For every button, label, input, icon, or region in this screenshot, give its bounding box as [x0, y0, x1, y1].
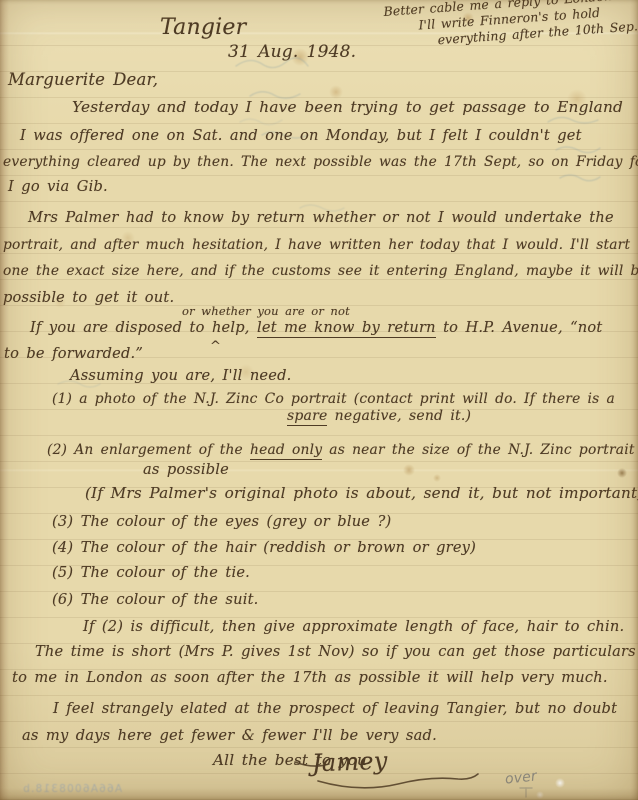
- help-line: If you are disposed to help, let me know…: [30, 318, 602, 338]
- caret-mark: ^: [210, 337, 221, 357]
- item-2-underlined: head only: [250, 442, 322, 460]
- help-line-underlined: let me know by return: [257, 319, 436, 338]
- body-line: (5) The colour of the tie.: [52, 563, 250, 583]
- item-1-post: negative, send it.): [327, 408, 471, 424]
- body-line: Assuming you are, I'll need.: [70, 366, 291, 386]
- item-2-post: as near the size of the N.J. Zinc portra…: [322, 442, 634, 458]
- letter-date: 31 Aug. 1948.: [228, 42, 356, 62]
- signature: Jamey: [312, 751, 388, 774]
- body-line: (4) The colour of the hair (reddish or b…: [52, 538, 476, 558]
- body-line: to be forwarded.”: [4, 344, 143, 364]
- body-line: as possible: [143, 460, 229, 480]
- body-line: I was offered one on Sat. and one on Mon…: [20, 126, 582, 146]
- mirrored-stamp: A66A6008318.b: [22, 779, 122, 799]
- body-line: everything cleared up by then. The next …: [3, 152, 638, 172]
- help-line-pre: If you are disposed to help,: [30, 319, 257, 336]
- item-1-continuation: spare negative, send it.): [287, 406, 471, 426]
- body-line: If (2) is difficult, then give approxima…: [83, 617, 624, 637]
- body-line: one the exact size here, and if the cust…: [3, 261, 638, 281]
- salutation: Marguerite Dear,: [8, 70, 158, 90]
- top-note: Better cable me a reply to London I'll w…: [383, 0, 638, 52]
- letter-page: Tangier 31 Aug. 1948. Better cable me a …: [0, 0, 638, 800]
- body-line: as my days here get fewer & fewer I'll b…: [22, 726, 437, 746]
- body-line: I go via Gib.: [8, 177, 108, 197]
- body-line: (If Mrs Palmer's original photo is about…: [85, 483, 638, 503]
- help-line-post: to H.P. Avenue, “not: [436, 319, 603, 336]
- letter-place: Tangier: [160, 18, 246, 38]
- body-line: (6) The colour of the suit.: [52, 590, 258, 610]
- body-line: possible to get it out.: [3, 288, 174, 308]
- body-line: Yesterday and today I have been trying t…: [72, 97, 623, 117]
- body-line: portrait, and after much hesitation, I h…: [3, 235, 630, 255]
- body-line: I feel strangely elated at the prospect …: [53, 699, 617, 719]
- item-2-line: (2) An enlargement of the head only as n…: [47, 440, 635, 460]
- body-line: (3) The colour of the eyes (grey or blue…: [52, 512, 391, 532]
- body-line: The time is short (Mrs P. gives 1st Nov)…: [35, 642, 636, 662]
- item-1-underlined: spare: [287, 408, 327, 426]
- body-line: Mrs Palmer had to know by return whether…: [28, 208, 614, 228]
- item-2-pre: (2) An enlargement of the: [47, 442, 250, 458]
- body-line: to me in London as soon after the 17th a…: [12, 668, 608, 688]
- over-note: over: [504, 766, 538, 789]
